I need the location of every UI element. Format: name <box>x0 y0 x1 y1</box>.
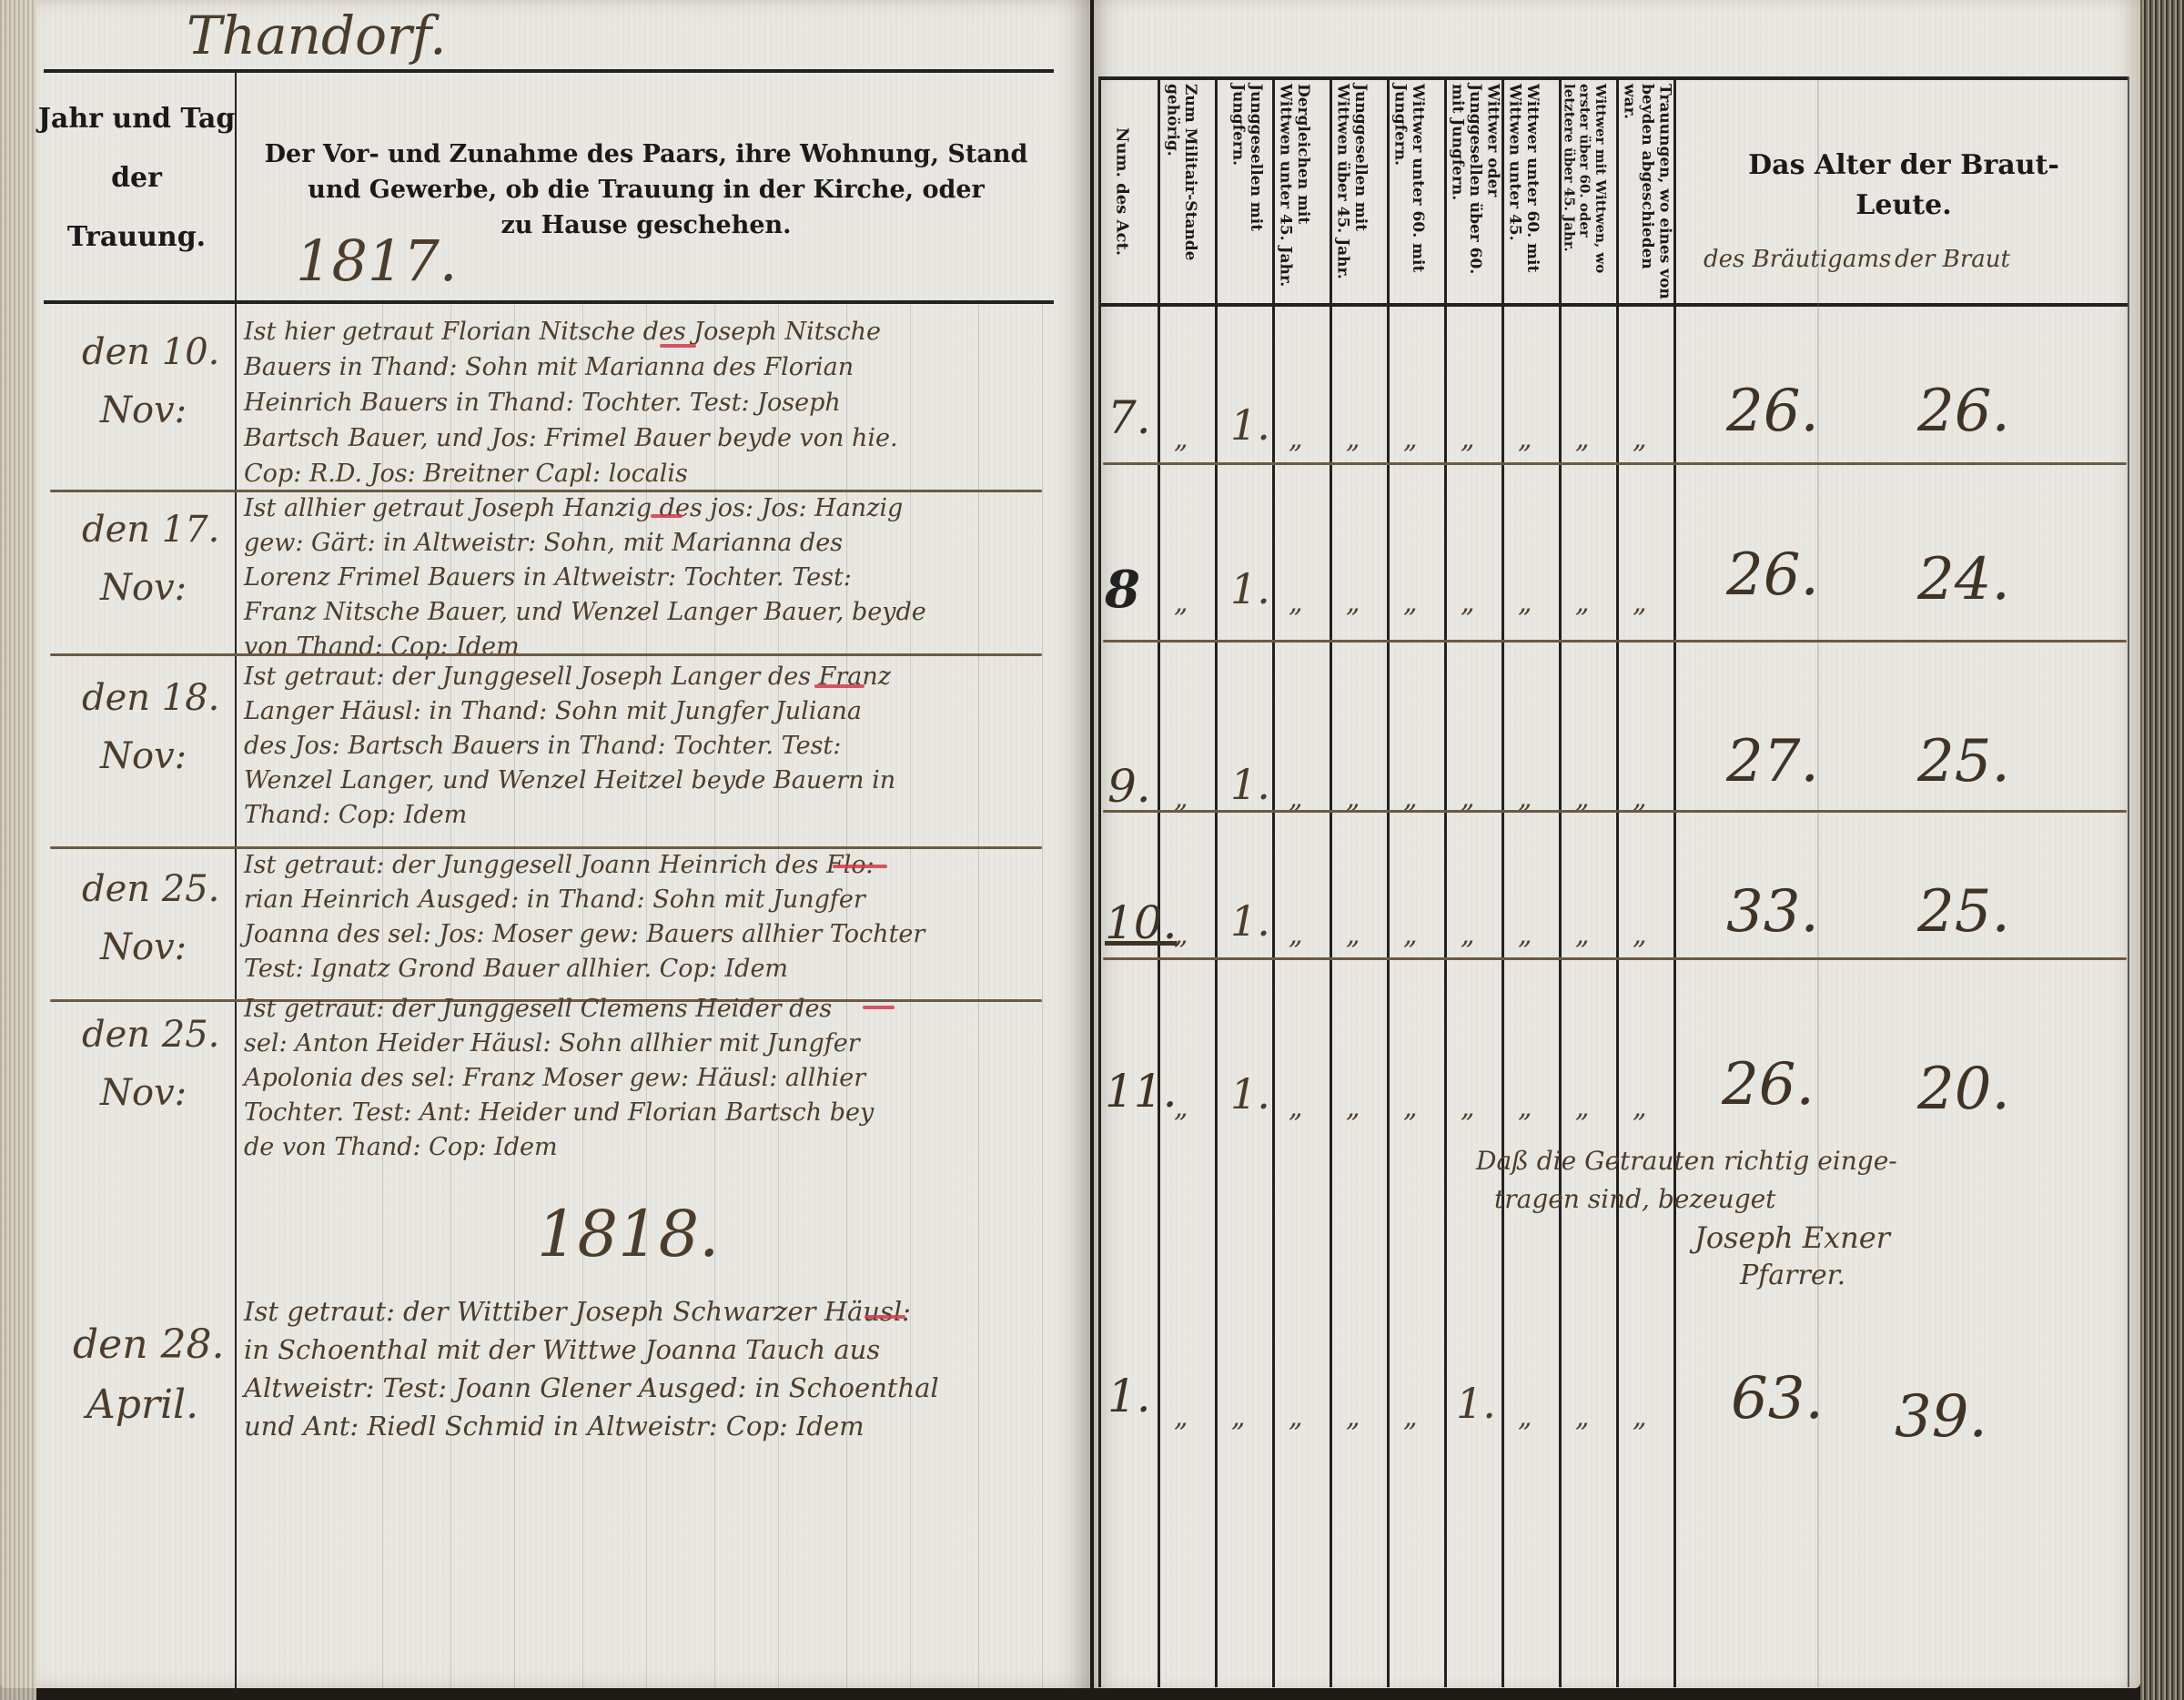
entry-date: den 18. Nov: <box>82 669 219 785</box>
act-number: 7. <box>1107 391 1151 444</box>
right-header-top-rule <box>1101 76 2128 80</box>
pastor-signature: Joseph Exner <box>1476 1219 1897 1257</box>
entry-line: Wenzel Langer, und Wenzel Heitzel beyde … <box>244 764 895 798</box>
tally-mark: „ <box>1633 919 1647 951</box>
entry-line: Bartsch Bauer, und Jos: Frimel Bauer bey… <box>244 420 898 456</box>
entry-line: Ist getraut: der Junggesell Joann Heinri… <box>244 848 925 883</box>
entry-line: de von Thand: Cop: Idem <box>244 1130 874 1165</box>
date-header-line-2: der <box>36 157 237 198</box>
header-military: Zum Militair-Stande gehörig. <box>1163 84 1198 300</box>
date-column-header: Jahr und Tag der Trauung. <box>36 98 237 258</box>
place-heading: Thandorf. <box>187 5 447 66</box>
right-page: Num. des Act. Zum Militair-Stande gehöri… <box>1094 0 2140 1688</box>
age-subheader-bride: der Braut <box>1895 246 2010 273</box>
tally-mark: „ <box>1403 587 1418 619</box>
groom-age: 63. <box>1731 1365 1824 1432</box>
column-divider <box>1272 80 1275 1687</box>
entry-line: in Schoenthal mit der Wittwe Joanna Tauc… <box>244 1331 939 1369</box>
header-widowers-widows-under45: Wittwer unter 60. mit Wittwen unter 45. <box>1505 84 1541 300</box>
tally-mark: „ <box>1575 587 1590 619</box>
column-divider <box>1559 80 1562 1687</box>
entry-line: Cop: R.D. Jos: Breitner Capl: localis <box>244 456 898 491</box>
date-header-line-3: Trauung. <box>36 217 237 258</box>
entry-date-day: den 18. <box>82 669 219 727</box>
entry-date-day: den 25. <box>82 1006 219 1064</box>
act-number: 9. <box>1107 760 1151 813</box>
entry-date-day: den 28. <box>73 1315 225 1375</box>
entry-line: Tochter. Test: Ant: Heider und Florian B… <box>244 1096 874 1130</box>
act-number: 1. <box>1107 1370 1151 1422</box>
column-divider <box>1501 80 1504 1687</box>
groom-age: 26. <box>1726 541 1819 609</box>
bride-age: 20. <box>1917 1056 2010 1123</box>
bride-age: 25. <box>1917 878 2010 946</box>
entry-line: Test: Ignatz Grond Bauer allhier. Cop: I… <box>244 952 925 987</box>
tally-mark: „ <box>1289 423 1303 455</box>
year-1817: 1817. <box>296 228 458 294</box>
tally-mark: 1. <box>1230 564 1270 613</box>
left-page: Thandorf. Jahr und Tag der Trauung. Der … <box>0 0 1090 1688</box>
tally-mark: „ <box>1231 1401 1246 1433</box>
column-divider <box>1616 80 1619 1687</box>
entry-date: den 10. Nov: <box>82 323 219 440</box>
tally-mark: „ <box>1633 587 1647 619</box>
tally-mark: „ <box>1633 1401 1647 1433</box>
entry-line: Bauers in Thand: Sohn mit Marianna des F… <box>244 349 898 385</box>
act-number: 11. <box>1105 1065 1178 1118</box>
entry-line: Ist hier getraut Florian Nitsche des Jos… <box>244 314 898 349</box>
entry-line: Joanna des sel: Jos: Moser gew: Bauers a… <box>244 917 925 952</box>
entry-text: Ist getraut: der Junggesell Joseph Lange… <box>244 660 895 833</box>
entry-text: Ist hier getraut Florian Nitsche des Jos… <box>244 314 898 491</box>
entry-line: Thand: Cop: Idem <box>244 798 895 833</box>
page-stack-edge-right <box>2140 0 2184 1700</box>
red-underline <box>863 1006 895 1009</box>
tally-mark: 1. <box>1230 1069 1270 1118</box>
description-header-line-2: und Gewerbe, ob die Trauung in der Kirch… <box>237 172 1056 207</box>
tally-mark: „ <box>1403 1092 1418 1124</box>
entry-line: Langer Häusl: in Thand: Sohn mit Jungfer… <box>244 694 895 729</box>
tally-mark: 1. <box>1230 760 1270 809</box>
entry-date-month: Nov: <box>82 918 219 976</box>
tally-mark: „ <box>1461 587 1475 619</box>
tally-mark: „ <box>1289 587 1303 619</box>
tally-mark: „ <box>1575 423 1590 455</box>
header-widowers-widows-over: Wittwer mit Wittwen, wo erster über 60. … <box>1561 84 1608 300</box>
tally-mark: „ <box>1518 1092 1532 1124</box>
age-subheader-groom: des Bräutigams <box>1704 246 1891 273</box>
date-header-line-1: Jahr und Tag <box>36 98 237 139</box>
entry-date: den 25. Nov: <box>82 1006 219 1122</box>
tally-mark: „ <box>1461 1092 1475 1124</box>
bride-age: 25. <box>1917 728 2010 795</box>
tally-mark: „ <box>1346 1401 1360 1433</box>
entry-date-month: Nov: <box>82 381 219 440</box>
entry-date: den 28. April. <box>73 1315 225 1435</box>
row-separator <box>1103 462 2127 465</box>
age-header-line-2: Leute. <box>1685 186 2122 226</box>
tally-mark: „ <box>1174 587 1188 619</box>
entry-line: Ist getraut: der Wittiber Joseph Schwarz… <box>244 1292 939 1331</box>
header-num-des-act: Num. des Act. <box>1112 127 1131 300</box>
tally-mark: „ <box>1346 587 1360 619</box>
bride-age: 39. <box>1895 1383 1987 1451</box>
open-register-book: Thandorf. Jahr und Tag der Trauung. Der … <box>0 0 2184 1700</box>
row-separator <box>1103 957 2127 960</box>
header-divorced: Trauungen, wo eines von beyden abgeschie… <box>1620 84 1673 300</box>
tally-mark: „ <box>1575 1401 1590 1433</box>
tally-mark: „ <box>1346 1092 1360 1124</box>
age-header: Das Alter der Braut- Leute. <box>1685 146 2122 225</box>
attestation-line: Daß die Getrauten richtig einge- <box>1476 1142 1897 1180</box>
entry-line: Ist getraut: der Junggesell Joseph Lange… <box>244 660 895 694</box>
entry-line: rian Heinrich Ausged: in Thand: Sohn mit… <box>244 883 925 917</box>
tally-mark: „ <box>1518 423 1532 455</box>
header-widowers-under60-maidens: Wittwer unter 60. mit Jungfern. <box>1390 84 1426 300</box>
entry-separator <box>50 653 1042 656</box>
entry-line: sel: Anton Heider Häusl: Sohn allhier mi… <box>244 1027 874 1061</box>
column-divider <box>1444 80 1447 1687</box>
tally-mark: „ <box>1461 919 1475 951</box>
entry-line: gew: Gärt: in Altweistr: Sohn, mit Maria… <box>244 526 926 561</box>
column-divider <box>1098 76 1101 1687</box>
tally-mark: „ <box>1174 423 1188 455</box>
row-separator <box>1103 640 2127 643</box>
entry-date-month: Nov: <box>82 559 219 617</box>
tally-mark: „ <box>1518 919 1532 951</box>
date-column-divider <box>235 73 237 1693</box>
entry-date-day: den 25. <box>82 860 219 918</box>
ruling-line <box>978 305 979 1688</box>
column-divider <box>1330 80 1332 1687</box>
groom-age: 26. <box>1726 378 1819 445</box>
year-1818: 1818. <box>537 1197 719 1271</box>
tally-mark: „ <box>1346 919 1360 951</box>
entry-date-day: den 10. <box>82 323 219 381</box>
tally-mark: „ <box>1575 919 1590 951</box>
groom-age: 33. <box>1726 878 1819 946</box>
tally-mark: „ <box>1346 423 1360 455</box>
act-number: 8 <box>1105 560 1140 620</box>
tally-mark: „ <box>1518 1401 1532 1433</box>
tally-mark: „ <box>1289 1092 1303 1124</box>
tally-mark: 1. <box>1230 896 1270 946</box>
right-page-border <box>2128 76 2129 1687</box>
tally-mark: „ <box>1174 1092 1188 1124</box>
row-separator <box>1103 810 2127 813</box>
header-bachelors-maidens: Junggesellen mit Jungfern. <box>1228 84 1264 300</box>
page-stack-edge-left <box>0 0 36 1700</box>
header-bachelors-widows-under45: Dergleichen mit Wittwen unter 45. Jahr. <box>1276 84 1311 300</box>
entry-date: den 25. Nov: <box>82 860 219 976</box>
groom-age: 27. <box>1726 728 1819 795</box>
entry-line: Ist allhier getraut Joseph Hanzig des jo… <box>244 491 926 526</box>
entry-date-month: April. <box>73 1375 225 1435</box>
bride-age: 24. <box>1917 546 2010 613</box>
entry-date-month: Nov: <box>82 1064 219 1122</box>
header-bottom-rule <box>44 300 1054 304</box>
entry-line: Apolonia des sel: Franz Moser gew: Häusl… <box>244 1061 874 1096</box>
tally-mark: 1. <box>1230 400 1270 450</box>
tally-mark: 1. <box>1456 1379 1496 1428</box>
entry-line: des Jos: Bartsch Bauers in Thand: Tochte… <box>244 729 895 764</box>
pastor-attestation: Daß die Getrauten richtig einge- tragen … <box>1476 1142 1897 1295</box>
description-header-line-1: Der Vor- und Zunahme des Paars, ihre Woh… <box>237 137 1056 172</box>
attestation-line: tragen sind, bezeuget <box>1476 1180 1897 1219</box>
tally-mark: „ <box>1174 919 1188 951</box>
tally-mark: „ <box>1403 423 1418 455</box>
bride-age: 26. <box>1917 378 2010 445</box>
entry-text: Ist getraut: der Junggesell Joann Heinri… <box>244 848 925 987</box>
entry-text: Ist getraut: der Junggesell Clemens Heid… <box>244 992 874 1165</box>
tally-mark: „ <box>1174 1401 1188 1433</box>
entry-date: den 17. Nov: <box>82 501 219 617</box>
pastor-title: Pfarrer. <box>1476 1257 1897 1295</box>
red-underline <box>814 684 864 688</box>
column-divider <box>1387 80 1390 1687</box>
entry-line: Franz Nitsche Bauer, und Wenzel Langer B… <box>244 595 926 630</box>
red-underline <box>833 865 887 868</box>
entry-line: Heinrich Bauers in Thand: Tochter. Test:… <box>244 385 898 420</box>
entry-text: Ist getraut: der Wittiber Joseph Schwarz… <box>244 1292 939 1445</box>
act-number: 10. <box>1105 896 1178 949</box>
right-header-bottom-rule <box>1101 303 2128 307</box>
column-divider <box>1673 80 1676 1687</box>
groom-age: 26. <box>1722 1051 1815 1118</box>
entry-date-day: den 17. <box>82 501 219 559</box>
red-underline <box>660 344 696 348</box>
entry-date-month: Nov: <box>82 727 219 785</box>
header-top-rule <box>44 69 1054 73</box>
tally-mark: „ <box>1289 919 1303 951</box>
entry-line: Altweistr: Test: Joann Glener Ausged: in… <box>244 1369 939 1407</box>
entry-text: Ist allhier getraut Joseph Hanzig des jo… <box>244 491 926 664</box>
ruling-line <box>1042 305 1043 1688</box>
age-header-line-1: Das Alter der Braut- <box>1685 146 2122 186</box>
tally-mark: „ <box>1575 1092 1590 1124</box>
column-divider <box>1215 80 1218 1687</box>
tally-mark: „ <box>1518 587 1532 619</box>
column-divider <box>1158 80 1160 1687</box>
entry-line: Ist getraut: der Junggesell Clemens Heid… <box>244 992 874 1027</box>
red-underline <box>864 1315 905 1319</box>
red-underline <box>651 514 682 518</box>
entry-line: und Ant: Riedl Schmid in Altweistr: Cop:… <box>244 1407 939 1445</box>
tally-mark: „ <box>1403 919 1418 951</box>
tally-mark: „ <box>1403 1401 1418 1433</box>
header-bachelors-widows-over45: Junggesellen mit Wittwen über 45. Jahr. <box>1333 84 1369 300</box>
tally-mark: „ <box>1289 1401 1303 1433</box>
tally-mark: „ <box>1633 423 1647 455</box>
entry-line: Lorenz Frimel Bauers in Altweistr: Tocht… <box>244 561 926 595</box>
tally-mark: „ <box>1633 1092 1647 1124</box>
tally-mark: „ <box>1461 423 1475 455</box>
header-over60-maidens: Wittwer oder Junggesellen über 60. mit J… <box>1448 84 1501 300</box>
